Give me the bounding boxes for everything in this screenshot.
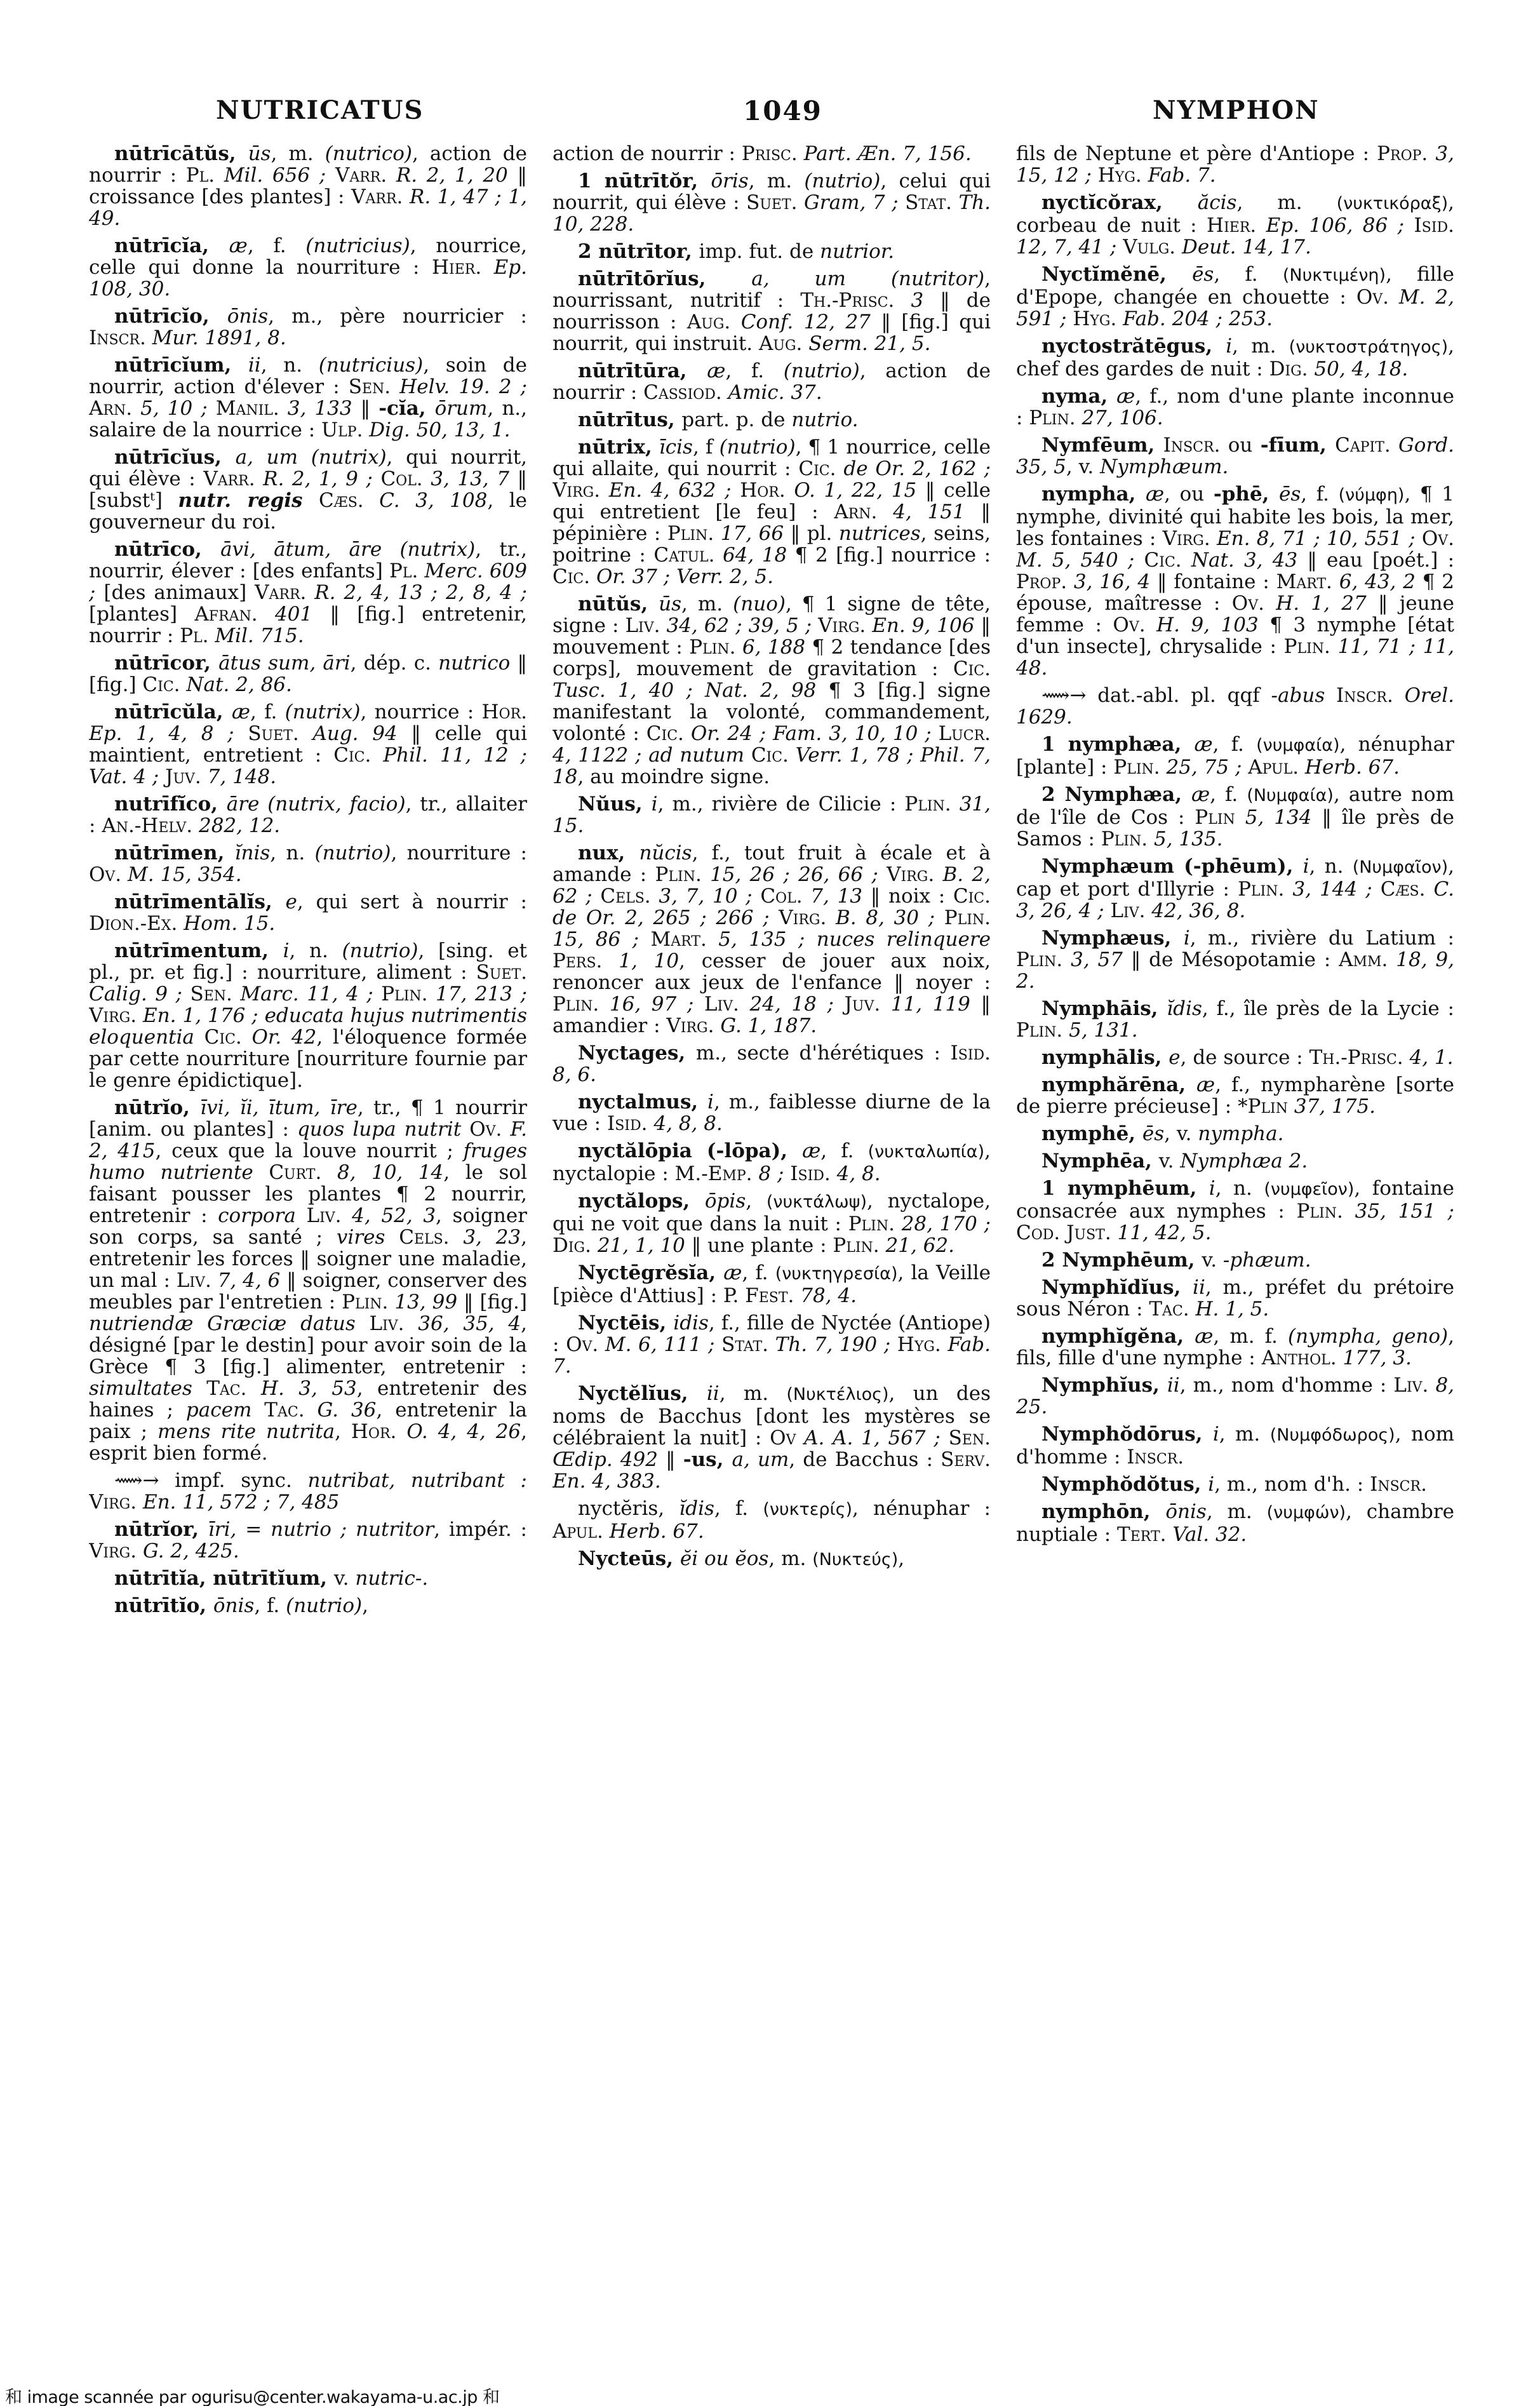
- entry-text: Cic.: [552, 565, 596, 588]
- entry-text: , f.: [250, 701, 285, 723]
- entry-text: M. 5, 540 ;: [1016, 549, 1144, 572]
- entry-text: (nutrio): [784, 360, 860, 382]
- entry-text: Stat.: [905, 191, 958, 214]
- entry-text: (Νυμφαία): [1247, 786, 1334, 805]
- entry-text: i: [283, 939, 290, 962]
- entry-text: , f.: [248, 234, 305, 257]
- dictionary-entry: nyctĕris, ĭdis, f. (νυκτερίς), nénuphar …: [552, 1498, 991, 1542]
- entry-text: C. 3, 108: [379, 489, 487, 512]
- entry-text: ōris: [711, 170, 748, 192]
- entry-text: Isid.: [1414, 214, 1455, 237]
- entry-text: ĕi ou ĕos: [680, 1547, 769, 1570]
- entry-text: 3, 16, 4: [1074, 570, 1150, 593]
- entry-text: , n.: [270, 842, 314, 864]
- dictionary-entry: nyctalmus, i, m., faiblesse diurne de la…: [552, 1091, 991, 1134]
- headword: nūtrix,: [578, 436, 659, 459]
- entry-text: Liv.: [177, 1269, 218, 1292]
- entry-text: īcis: [659, 436, 693, 459]
- dictionary-entry: Nyctages, m., secte d'hérétiques : Isid.…: [552, 1042, 991, 1085]
- entry-text: Plin.: [1113, 756, 1166, 779]
- entry-text: 64, 18: [723, 544, 787, 567]
- entry-text: ‖ une plante :: [685, 1234, 833, 1257]
- entry-text: Liv.: [625, 614, 666, 637]
- entry-text: Fab. 7.: [1148, 164, 1216, 187]
- entry-text: Cels.: [600, 885, 659, 908]
- entry-text: Apul.: [1248, 756, 1305, 779]
- entry-text: Vulg.: [1123, 236, 1182, 259]
- entry-text: Prisc.: [742, 143, 804, 165]
- scan-credit-footer: 和 image scannée par ogurisu@center.wakay…: [5, 2383, 499, 2406]
- entry-text: (νυκταλωπία): [868, 1142, 985, 1162]
- entry-text: 28, 170 ;: [902, 1213, 991, 1235]
- dictionary-entry: nūtrīcor, ātus sum, āri, dép. c. nutrico…: [89, 652, 527, 696]
- entry-text: 16, 97 ;: [610, 993, 704, 1016]
- entry-text: Virg.: [887, 863, 942, 886]
- entry-text: 13, 99: [394, 1291, 457, 1314]
- entry-text: 5, 134: [1245, 806, 1312, 829]
- entry-text: 15, 26 ; 26, 66 ;: [710, 863, 887, 886]
- entry-text: Liv.: [704, 993, 750, 1016]
- dictionary-entry: nūtrīcĭo, ōnis, m., père nourricier : In…: [89, 306, 527, 349]
- entry-text: Mil. 715.: [215, 624, 304, 647]
- entry-text: Plin.: [833, 1234, 885, 1257]
- dictionary-entry: nūtrīmen, ĭnis, n. (nutrio), nourriture …: [89, 842, 527, 885]
- entry-text: Suet.: [746, 191, 804, 214]
- entry-text: (nutrico): [325, 143, 412, 165]
- entry-text: īvi, ĭi, ītum, īre: [200, 1096, 358, 1119]
- entry-text: 27, 106.: [1081, 407, 1163, 429]
- entry-text: (νυκτάλωψ): [767, 1192, 867, 1212]
- entry-text: ăcis: [1198, 191, 1237, 214]
- entry-text: Tert.: [1117, 1523, 1172, 1546]
- entry-text: ‖ pl.: [784, 522, 839, 545]
- dictionary-entry: Nŭus, i, m., rivière de Cilicie : Plin. …: [552, 793, 991, 837]
- entry-text: 3, 57: [1071, 948, 1123, 971]
- headword: nympha,: [1041, 483, 1146, 506]
- entry-text: (nutrio): [804, 170, 880, 192]
- entry-text: , nourrice :: [360, 701, 481, 723]
- entry-text: (Νυκτιμένη): [1283, 265, 1386, 285]
- entry-text: Hyg.: [897, 1333, 948, 1356]
- entry-text: Ep. 106, 86 ;: [1266, 214, 1414, 237]
- entry-text: (νυμφών): [1267, 1503, 1346, 1522]
- headword: nūtrītus,: [578, 408, 681, 431]
- entry-text: Arn.: [89, 397, 140, 420]
- entry-text: æ: [232, 701, 250, 723]
- entry-text: Tac.: [1149, 1298, 1195, 1321]
- dictionary-entry: nūtrīmentālĭs, e, qui sert à nourrir : D…: [89, 891, 527, 934]
- dictionary-entry: nūtrītūra, æ, f. (nutrio), action de nou…: [552, 360, 991, 403]
- dictionary-entry: Nyctēis, idis, f., fille de Nyctée (Anti…: [552, 1312, 991, 1377]
- entry-text: idis: [673, 1312, 709, 1334]
- entry-text: i: [1226, 335, 1232, 358]
- entry-text: Col.: [380, 467, 431, 490]
- dictionary-entry: Nymphĭdĭus, ii, m., préfet du prétoire s…: [1016, 1277, 1454, 1320]
- entry-text: Cod. Just.: [1016, 1221, 1118, 1244]
- entry-text: vires: [337, 1226, 399, 1249]
- entry-text: Herb. 67.: [1305, 756, 1400, 779]
- entry-text: (nutrio): [720, 436, 796, 459]
- entry-text: 177, 3.: [1342, 1347, 1411, 1369]
- entry-text: Catul.: [653, 544, 723, 567]
- entry-text: Hom. 15.: [184, 912, 275, 935]
- entry-text: , m., père nourricier :: [268, 305, 527, 328]
- headword: nūtrītōrĭus,: [578, 267, 751, 290]
- entry-text: 12, 7, 41 ;: [1016, 236, 1123, 259]
- entry-text: Plin.: [667, 522, 721, 545]
- entry-text: R. 2, 1, 9 ;: [263, 467, 380, 490]
- entry-text: ‖: [658, 1448, 683, 1471]
- headword: Nyctēis,: [578, 1312, 673, 1334]
- dictionary-entry: 1 nymphēum, i, n. (νυμφεῖον), fontaine c…: [1016, 1178, 1454, 1244]
- headword: nūtrīco,: [114, 538, 220, 561]
- entry-text: ‖ noix :: [862, 885, 953, 908]
- entry-text: 5, 131.: [1069, 1019, 1137, 1042]
- entry-text: 7, 13: [810, 885, 862, 908]
- entry-text: Or. 37 ; Verr. 2, 5.: [596, 565, 773, 588]
- dictionary-entry: 1 nymphæa, æ, f. (νυμφαία), nénuphar [pl…: [1016, 734, 1454, 778]
- entry-text: ōrum: [435, 397, 488, 420]
- dictionary-columns: nūtrīcātŭs, ūs, m. (nutrico), action de …: [89, 143, 1530, 2315]
- dictionary-entry: nūtrix, īcis, f (nutrio), ¶ 1 nourrice, …: [552, 436, 991, 588]
- entry-text: , f.: [1214, 263, 1283, 286]
- headword: Nymphāis,: [1041, 997, 1167, 1020]
- entry-text: i: [1303, 855, 1309, 878]
- headword: Nŭus,: [578, 793, 652, 816]
- entry-text: Liv.: [1393, 1374, 1435, 1397]
- entry-text: Cic.: [333, 744, 383, 767]
- entry-text: , nourriture :: [391, 842, 527, 864]
- entry-text: Virg.: [1163, 527, 1217, 550]
- entry-text: ¶ 2 [fig.] nourrice :: [787, 544, 991, 567]
- entry-text: īri, = nutrio ; nutritor: [208, 1518, 434, 1541]
- entry-text: 3, 144 ;: [1292, 878, 1380, 901]
- entry-text: A. A. 1, 567 ;: [804, 1427, 948, 1449]
- column-1: nūtrīcātŭs, ūs, m. (nutrico), action de …: [89, 143, 527, 2315]
- headword: 1 nūtrītŏr,: [578, 170, 711, 192]
- entry-text: 7, 148.: [208, 765, 276, 788]
- entry-text: , n.: [261, 354, 319, 377]
- entry-text: Isid.: [790, 1162, 836, 1185]
- entry-text: (nympha, geno): [1288, 1325, 1448, 1348]
- entry-text: Tac.: [264, 1399, 317, 1421]
- entry-text: , n.: [1309, 855, 1353, 878]
- headword: 2 Nymphæa,: [1041, 783, 1191, 806]
- entry-text: , f.: [254, 1594, 286, 1617]
- entry-text: ūs: [248, 143, 271, 165]
- entry-text: 4, 1.: [1410, 1046, 1454, 1069]
- entry-text: M.-Emp.: [675, 1162, 759, 1185]
- entry-text: 4, 52, 3: [352, 1204, 436, 1227]
- entry-text: M. 15, 354.: [128, 863, 242, 886]
- entry-text: Varr.: [335, 164, 396, 187]
- entry-text: 3: [911, 289, 923, 312]
- entry-text: , f: [693, 436, 720, 459]
- headword: nymphărēna,: [1041, 1073, 1196, 1096]
- entry-text: 21, 1, 10: [598, 1234, 685, 1257]
- headword: Nymphŏdōrus,: [1041, 1423, 1213, 1446]
- entry-text: i: [1184, 927, 1190, 950]
- headword: Nymphĭdĭus,: [1041, 1276, 1193, 1299]
- dictionary-entry: nymphărēna, æ, f., nympharène [sorte de …: [1016, 1074, 1454, 1117]
- entry-text: , v.: [1066, 455, 1100, 478]
- entry-text: Cic.: [1144, 549, 1191, 572]
- entry-text: , f.: [820, 1139, 867, 1162]
- entry-text: æ: [1191, 783, 1210, 806]
- entry-text: Plin.: [848, 1213, 902, 1235]
- headword: Nymphĭus,: [1041, 1374, 1167, 1397]
- entry-text: (Νυκτεύς): [812, 1550, 898, 1569]
- entry-text: 17, 213 ;: [436, 983, 527, 1005]
- entry-text: Helv. 19. 2 ;: [399, 375, 527, 398]
- dictionary-entry: 1 nūtrītŏr, ōris, m. (nutrio), celui qui…: [552, 170, 991, 235]
- entry-text: Hor.: [351, 1420, 406, 1443]
- entry-text: i: [1209, 1177, 1215, 1200]
- entry-text: 17, 66: [721, 522, 784, 545]
- entry-text: Plin.: [1029, 407, 1081, 429]
- entry-text: (Νυκτέλιος): [786, 1385, 888, 1404]
- entry-text: O. 4, 4, 26: [406, 1420, 521, 1443]
- entry-text: ōnis: [227, 305, 268, 328]
- entry-text: , n.: [1215, 1177, 1264, 1200]
- entry-text: Plin.: [655, 863, 711, 886]
- entry-text: , f.: [1210, 783, 1247, 806]
- entry-text: -us,: [683, 1448, 732, 1471]
- entry-text: , m.: [749, 170, 805, 192]
- entry-text: Isid.: [607, 1112, 653, 1135]
- entry-text: Sen.: [949, 1427, 991, 1449]
- entry-text: Mur. 1891, 8.: [152, 326, 286, 349]
- entry-text: , m. f.: [1213, 1325, 1288, 1348]
- entry-text: -cĭa,: [378, 397, 434, 420]
- entry-text: Sen.: [349, 375, 400, 398]
- entry-text: Inscr.: [1336, 684, 1405, 707]
- entry-text: ĭnis: [235, 842, 271, 864]
- entry-text: En. 11, 572 ; 7, 485: [143, 1491, 339, 1514]
- dictionary-entry: nūtrīcĭus, a, um (nutrix), qui nourrit, …: [89, 447, 527, 533]
- headword: Nyctages,: [578, 1042, 696, 1065]
- entry-text: Cic.: [798, 457, 843, 480]
- entry-text: Ov.: [1422, 527, 1454, 550]
- entry-text: Virg.: [818, 614, 872, 637]
- entry-text: Plin.: [1284, 635, 1338, 658]
- entry-text: , f.: [1301, 483, 1338, 506]
- entry-text: G. 1, 187.: [720, 1014, 817, 1037]
- entry-text: Pl.: [389, 560, 425, 582]
- entry-text: 8, 10, 14: [337, 1161, 443, 1184]
- entry-text: nŭcis: [639, 842, 692, 864]
- entry-text: Inscr.: [1370, 1473, 1427, 1496]
- entry-text: Inscr.: [1127, 1446, 1184, 1468]
- entry-text: Liv.: [370, 1312, 418, 1335]
- dictionary-entry: Nymphēa, v. Nymphæa 2.: [1016, 1150, 1454, 1172]
- headword: Nymphæus,: [1041, 927, 1184, 950]
- entry-text: i: [707, 1091, 714, 1113]
- entry-text: æ: [1146, 483, 1164, 506]
- headword: nūtrīmentum,: [114, 939, 283, 962]
- entry-text: Plin.: [1016, 948, 1071, 971]
- entry-text: æ: [229, 234, 248, 257]
- entry-text: G. 36: [318, 1399, 377, 1421]
- dictionary-entry: nūtrīcĭum, ii, n. (nutricius), soin de n…: [89, 354, 527, 441]
- entry-text: 401: [275, 603, 312, 626]
- dictionary-entry: nūtrĭo, īvi, ĭi, ītum, īre, tr., ¶ 1 nou…: [89, 1097, 527, 1464]
- dictionary-entry: nympha, æ, ou -phē, ēs, f. (νύμφη), ¶ 1 …: [1016, 483, 1454, 679]
- entry-text: ‖ de Mésopotamie :: [1123, 948, 1339, 971]
- entry-text: 6, 43, 2: [1339, 570, 1416, 593]
- entry-text: *Plin: [1238, 1095, 1294, 1118]
- entry-text: (νυκτηγρεσία): [775, 1264, 898, 1284]
- page-number: 1049: [743, 95, 822, 126]
- entry-text: corpora: [218, 1204, 306, 1227]
- entry-text: ĭdis: [679, 1497, 714, 1520]
- headword: nyctalmus,: [578, 1091, 707, 1113]
- headword: nūtrĭo,: [114, 1096, 200, 1119]
- entry-text: Plin.: [1101, 828, 1154, 850]
- entry-text: Plin.: [689, 636, 742, 659]
- entry-text: Virg.: [779, 906, 836, 929]
- entry-text: (νύμφη): [1339, 485, 1405, 505]
- dictionary-entry: nūtrītōrĭus, a, um (nutritor), nourrissa…: [552, 268, 991, 354]
- headword: Nyctĭmĕnē,: [1041, 263, 1192, 286]
- entry-text: ‖ eau [poét.] :: [1297, 549, 1454, 572]
- entry-text: (νυκτικόραξ): [1337, 194, 1449, 213]
- entry-text: H. 1, 27: [1276, 592, 1366, 615]
- entry-text: An.-Helv.: [102, 814, 199, 837]
- dictionary-entry: nūtrīco, āvi, ātum, āre (nutrix), tr., n…: [89, 539, 527, 647]
- entry-text: Varr.: [351, 185, 410, 208]
- entry-text: Ov.: [89, 863, 128, 886]
- headword: nyctălōpia (-lōpa),: [578, 1139, 802, 1162]
- entry-text: 282, 12.: [199, 814, 280, 837]
- headword: nyctostrătēgus,: [1041, 335, 1226, 358]
- entry-text: ou: [1228, 434, 1261, 457]
- entry-text: B. 8, 30 ;: [836, 906, 944, 929]
- entry-text: action de nourrir :: [552, 143, 742, 165]
- entry-text: Cic.: [142, 673, 186, 696]
- entry-text: Amm.: [1339, 948, 1396, 971]
- entry-text: R. 2, 1, 20: [396, 164, 508, 187]
- entry-text: nutrices: [839, 522, 921, 545]
- entry-text: Sen.: [190, 983, 240, 1005]
- entry-text: P. Fest.: [723, 1284, 800, 1307]
- entry-text: Dig.: [1269, 358, 1315, 380]
- headword: nymphē,: [1041, 1122, 1142, 1145]
- entry-text: Or. 24 ; Fam. 3, 10, 10 ;: [691, 722, 939, 745]
- entry-text: Suet.: [476, 961, 527, 984]
- entry-text: , m., rivière du Latium :: [1190, 927, 1454, 950]
- entry-text: Stat.: [721, 1333, 775, 1356]
- headword: nutrīfĭco,: [114, 793, 227, 816]
- headword: nūtŭs,: [578, 593, 659, 615]
- entry-text: Mart.: [1276, 570, 1339, 593]
- headword: nūtrīcātŭs,: [114, 143, 248, 165]
- entry-text: Pl.: [180, 624, 215, 647]
- entry-text: Cassiod.: [643, 381, 728, 404]
- entry-text: i: [1213, 1423, 1219, 1446]
- running-head: NUTRICATUS 1049 NYMPHON: [0, 95, 1540, 133]
- entry-text: , n.: [290, 939, 342, 962]
- entry-text: æ: [1116, 385, 1135, 408]
- entry-text: Anthol.: [1262, 1347, 1343, 1369]
- entry-text: Plin.: [1238, 878, 1292, 901]
- entry-text: Nat. 2, 86.: [186, 673, 292, 696]
- entry-text: Plin.: [381, 983, 436, 1005]
- headword: 1 nymphæa,: [1041, 733, 1195, 756]
- entry-text: ēs: [1192, 263, 1214, 286]
- entry-text: 37, 175.: [1294, 1095, 1376, 1118]
- entry-text: , au moindre signe.: [577, 765, 770, 788]
- entry-text: 25, 75 ;: [1166, 756, 1248, 779]
- entry-text: 24, 18 ;: [750, 993, 845, 1016]
- entry-text: Capit.: [1335, 434, 1398, 457]
- entry-text: nutr. regis: [178, 489, 319, 512]
- headword: 1 nymphēum,: [1041, 1177, 1209, 1200]
- headword: nyctălops,: [578, 1190, 705, 1213]
- entry-text: 7, 4, 6: [218, 1269, 281, 1292]
- headword: nūtrīmentālĭs,: [114, 890, 286, 913]
- entry-text: Liv.: [306, 1204, 352, 1227]
- dictionary-entry: nux, nŭcis, f., tout fruit à écale et à …: [552, 842, 991, 1037]
- entry-text: āvi, ātum, āre (nutrix): [220, 538, 475, 561]
- entry-text: (νυκτοστράτηγος): [1289, 337, 1448, 357]
- entry-text: , ou: [1164, 483, 1214, 506]
- entry-text: Dion.-Ex.: [89, 912, 184, 935]
- entry-text: Nat. 3, 43: [1191, 549, 1297, 572]
- headword: nūtrītĭo,: [114, 1594, 213, 1617]
- entry-text: Or. 42: [252, 1026, 317, 1049]
- entry-text: 4, 151: [893, 501, 965, 523]
- headword: nūtrīcĭo,: [114, 305, 227, 328]
- entry-text: Plin.: [342, 1291, 394, 1314]
- entry-text: pacem: [186, 1399, 264, 1421]
- entry-text: Juv.: [845, 993, 891, 1016]
- entry-text: Ep. 1, 4, 8 ;: [89, 722, 248, 745]
- entry-text: (nutrix): [285, 701, 361, 723]
- entry-text: ,: [746, 1190, 767, 1213]
- entry-text: [des animaux]: [104, 581, 255, 604]
- entry-text: Serm. 21, 5.: [808, 332, 930, 355]
- entry-text: nympha.: [1198, 1122, 1283, 1145]
- entry-text: 6, 188: [742, 636, 805, 659]
- entry-text: , m., nom d'h. :: [1214, 1473, 1370, 1496]
- dictionary-entry: nymphōn, ōnis, m. (νυμφών), chambre nupt…: [1016, 1501, 1454, 1545]
- entry-text: Suet.: [248, 722, 312, 745]
- headword: nymphālis,: [1041, 1046, 1168, 1069]
- entry-text: Cic.: [953, 885, 991, 908]
- dictionary-entry: Nymphŏdōrus, i, m. (Νυμφόδωρος), nom d'h…: [1016, 1423, 1454, 1468]
- entry-text: 15, 86 ;: [552, 928, 650, 951]
- entry-text: Cic.: [751, 744, 796, 767]
- dictionary-entry: nutrīfĭco, āre (nutrix, facio), tr., all…: [89, 793, 527, 837]
- entry-text: ēs: [1142, 1122, 1164, 1145]
- entry-text: mens rite nutrita: [157, 1420, 335, 1443]
- headword: nymphĭgĕna,: [1041, 1325, 1195, 1348]
- entry-text: ēs: [1279, 483, 1301, 506]
- dictionary-entry: ⟿→ dat.-abl. pl. qqf -abus Inscr. Orel. …: [1016, 685, 1454, 728]
- dictionary-entry: Nymphæum (-phēum), i, n. (Νυμφαῖον), cap…: [1016, 856, 1454, 922]
- entry-text: Virg.: [552, 479, 609, 502]
- headword: Nymphæum (-phēum),: [1041, 855, 1303, 878]
- entry-text: Inscr.: [1163, 434, 1228, 457]
- entry-text: Plin.: [944, 906, 991, 929]
- entry-text: 3, 13, 7: [431, 467, 509, 490]
- dictionary-entry: Nymphæus, i, m., rivière du Latium : Pli…: [1016, 927, 1454, 992]
- entry-text: Hier.: [432, 256, 494, 279]
- entry-text: a, um (nutrix): [236, 446, 387, 469]
- entry-text: O. 1, 22, 15: [794, 479, 916, 502]
- entry-text: ōnis: [213, 1594, 254, 1617]
